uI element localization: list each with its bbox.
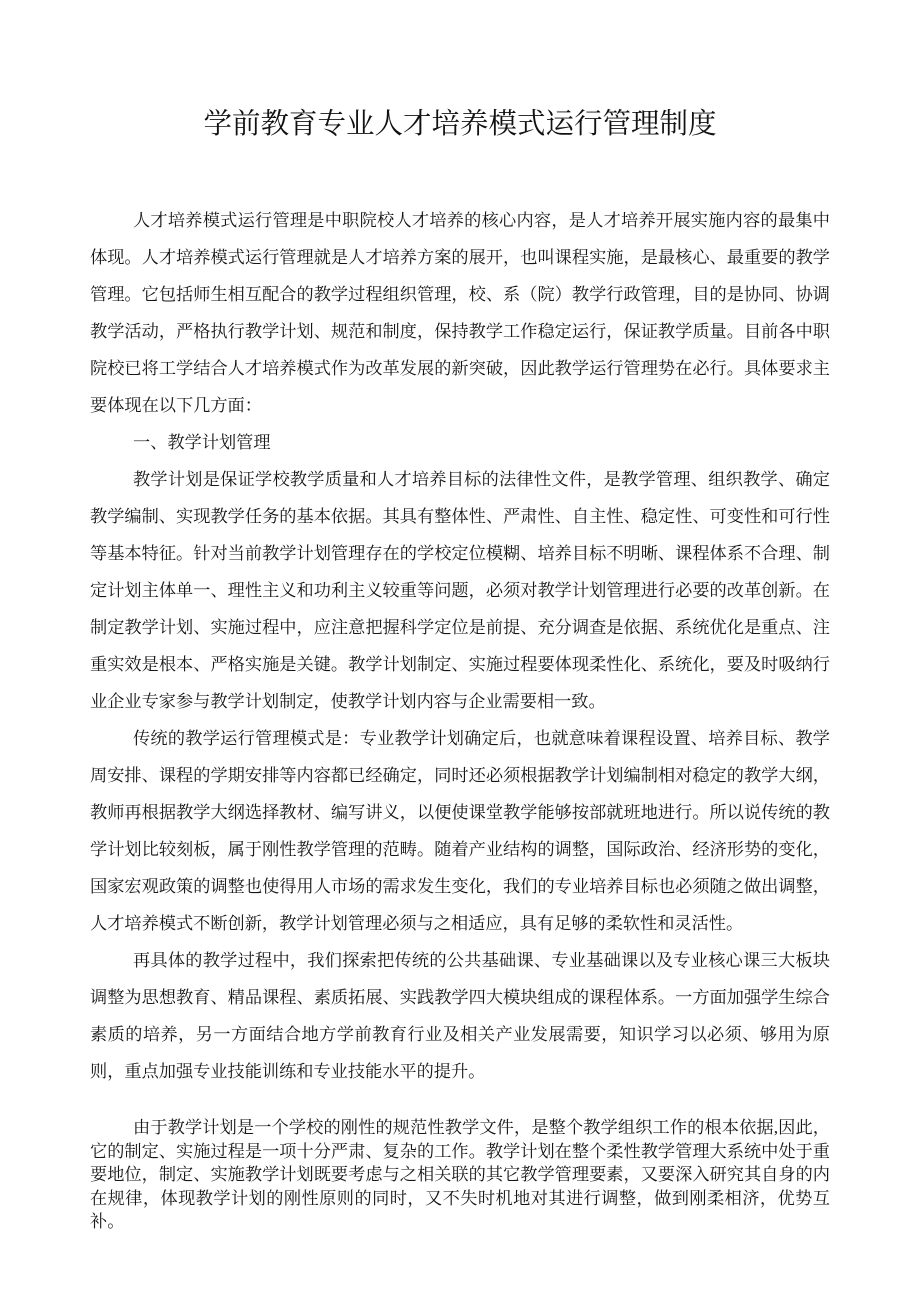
paragraph-teaching-plan-basis: 教学计划是保证学校教学质量和人才培养目标的法律性文件，是教学管理、组织教学、确定…: [90, 461, 830, 720]
paragraph-rigid-flexible-balance: 由于教学计划是一个学校的刚性的规范性教学文件，是整个教学组织工作的根本依据,因此…: [90, 1116, 830, 1234]
paragraph-curriculum-modules: 再具体的教学过程中，我们探索把传统的公共基础课、专业基础课以及专业核心课三大板块…: [90, 942, 830, 1090]
document-title: 学前教育专业人才培养模式运行管理制度: [0, 0, 920, 142]
paragraph-intro: 人才培养模式运行管理是中职院校人才培养的核心内容，是人才培养开展实施内容的最集中…: [90, 202, 830, 424]
document-body: 人才培养模式运行管理是中职院校人才培养的核心内容，是人才培养开展实施内容的最集中…: [90, 202, 830, 1234]
paragraph-traditional-mode: 传统的教学运行管理模式是：专业教学计划确定后，也就意味着课程设置、培养目标、教学…: [90, 720, 830, 942]
section-heading-teaching-plan-management: 一、教学计划管理: [90, 424, 830, 461]
document-page: 学前教育专业人才培养模式运行管理制度 人才培养模式运行管理是中职院校人才培养的核…: [0, 0, 920, 1301]
